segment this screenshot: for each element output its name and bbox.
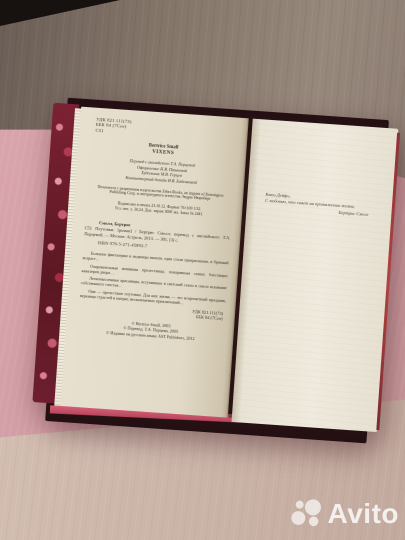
left-page-content: УДК 821.111(73) ББК 84 (7Сое) С51 Bertri… [60, 107, 249, 418]
open-book: УДК 821.111(73) ББК 84 (7Сое) С51 Bertri… [31, 101, 387, 442]
rights-notice: Печатается с разрешения издательства Zeb… [96, 185, 225, 204]
dedication-block: Кэти Дейфо, С любовью, что сияет на прот… [264, 192, 369, 218]
avito-watermark: Avito [291, 498, 399, 530]
avito-logo-icon [291, 498, 323, 530]
avito-watermark-text: Avito [328, 498, 399, 530]
left-page: УДК 821.111(73) ББК 84 (7Сое) С51 Bertri… [60, 107, 249, 418]
copyright-block: © Bertrice Small, 2003 © Перевод. Т.А. П… [77, 317, 224, 344]
edition-credits: Перевод с английского Т.А. Перцевой Офор… [88, 156, 235, 189]
photo-scene: УДК 821.111(73) ББК 84 (7Сое) С51 Bertri… [0, 0, 405, 540]
bibliographic-codes-top: УДК 821.111(73) ББК 84 (7Сое) С51 [95, 117, 238, 143]
right-page: Кэти Дейфо, С любовью, что сияет на прот… [232, 119, 399, 432]
annotation-block: Большие фантазерки и модницы вышли, едва… [80, 250, 229, 308]
print-info: Подписано в печать 23.10.12. Формат 76×1… [86, 199, 232, 219]
